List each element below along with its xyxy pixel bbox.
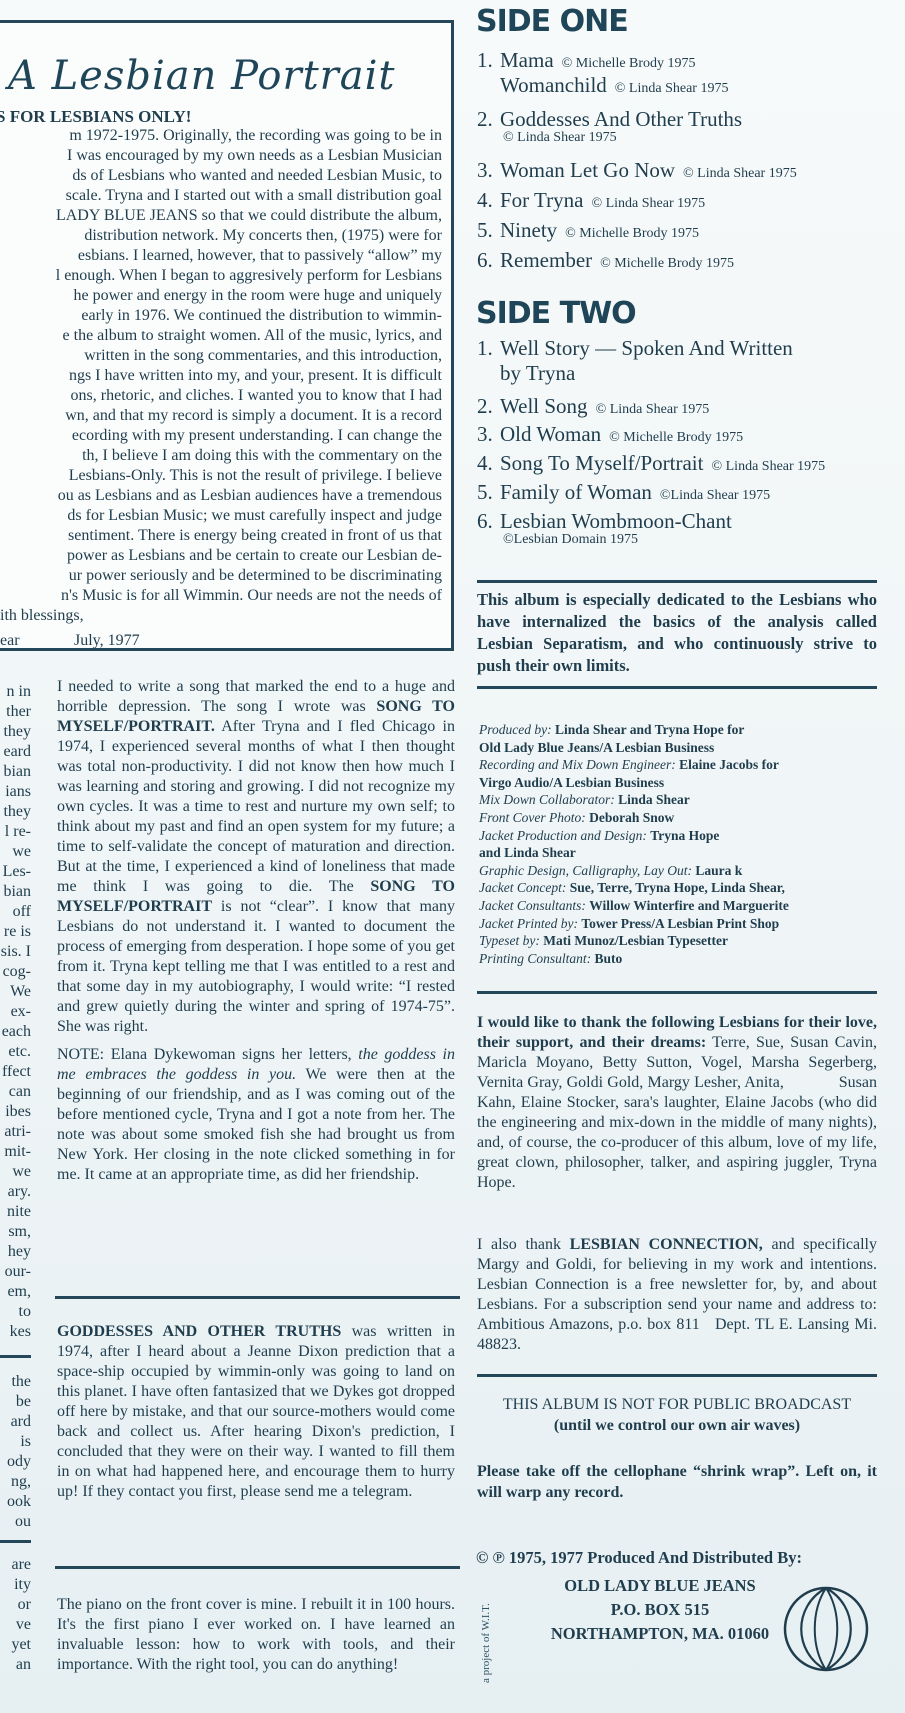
track-item: Womanchild© Linda Shear 1975 (477, 73, 728, 98)
track-title: Womanchild (500, 73, 607, 97)
fragment-text: ook (0, 1492, 31, 1512)
credit-name: Mati Munoz/Lesbian Typesetter (543, 933, 728, 948)
fragment-divider (0, 1540, 31, 1543)
fragment-text: ibes (0, 1102, 31, 1122)
track-title: Well Story — Spoken And Written (500, 336, 793, 360)
intro-line: he power and energy in the room were hug… (0, 286, 442, 306)
fragment-text: ard (0, 1412, 31, 1432)
fragment-text: ex- (0, 1002, 31, 1022)
credit-role: Recording and Mix Down Engineer: (479, 757, 679, 772)
fragment-text: they (0, 722, 31, 742)
intro-line: LADY BLUE JEANS so that we could distrib… (0, 206, 442, 226)
thanks-section: I would like to thank the following Lesb… (477, 1013, 877, 1193)
credit-name: Elaine Jacobs for (679, 757, 779, 772)
fragment-text: they (0, 802, 31, 822)
track-item: 6.Lesbian Wombmoon-Chant©Lesbian Domain … (477, 509, 732, 548)
fragment-text: the (0, 1372, 31, 1392)
section-divider (55, 1566, 460, 1569)
globe-logo-icon (783, 1586, 869, 1672)
fragment-text: hey (0, 1242, 31, 1262)
fragment-text: etc. (0, 1042, 31, 1062)
credit-name: and Linda Shear (479, 845, 576, 860)
intro-date: July, 1977 (74, 628, 140, 653)
credit-name: Old Lady Blue Jeans/A Lesbian Business (479, 740, 714, 755)
credit-name: Tryna Hope (650, 828, 719, 843)
fragment-text: our- (0, 1262, 31, 1282)
track-item: 2.Goddesses And Other Truths© Linda Shea… (477, 107, 742, 146)
credit-role: Jacket Concept: (479, 880, 570, 895)
track-title: Song To Myself/Portrait (500, 451, 703, 475)
track-title: Woman Let Go Now (500, 158, 675, 182)
track-number: 4. (477, 188, 500, 213)
credit-role: Front Cover Photo: (479, 810, 589, 825)
credit-name: Buto (595, 951, 623, 966)
track-credit: ©Linda Shear 1975 (660, 488, 770, 503)
intro-line: ds for Lesbian Music; we must carefully … (0, 506, 442, 526)
copyright-line: © ℗ 1975, 1977 Produced And Distributed … (476, 1548, 802, 1568)
intro-line: I was encouraged by my own needs as a Le… (0, 146, 442, 166)
track-credit: © Linda Shear 1975 (596, 402, 710, 417)
credit-role: Typeset by: (479, 933, 543, 948)
intro-line: wn, and that my record is simply a docum… (0, 406, 442, 426)
album-title: A Lesbian Portrait (8, 53, 396, 99)
fragment-text: re is (0, 922, 31, 942)
credit-name: Tower Press/A Lesbian Print Shop (581, 916, 779, 931)
track-item: 6.Remember© Michelle Brody 1975 (477, 248, 734, 273)
section-divider (477, 686, 877, 689)
credit-row: Printing Consultant: Buto (479, 950, 889, 968)
credit-row: Recording and Mix Down Engineer: Elaine … (479, 756, 889, 774)
fragment-text: ng, (0, 1472, 31, 1492)
track-number: 2. (477, 107, 500, 132)
company-name: OLD LADY BLUE JEANS (530, 1574, 790, 1598)
intro-line: th, I believe I am doing this with the c… (0, 446, 442, 466)
credit-row: Mix Down Collaborator: Linda Shear (479, 791, 889, 809)
text: was written in 1974, after I heard about… (57, 1323, 455, 1500)
credit-row: Produced by: Linda Shear and Tryna Hope … (479, 721, 889, 739)
broadcast-notice: THIS ALBUM IS NOT FOR PUBLIC BROADCAST (… (477, 1394, 877, 1436)
fragment-text: nite (0, 1202, 31, 1222)
credit-role: Printing Consultant: (479, 951, 595, 966)
text: The piano on the front cover is mine. I … (57, 1595, 455, 1675)
track-title: Old Woman (500, 422, 601, 446)
intro-line: written in the song commentaries, and th… (0, 346, 442, 366)
intro-text: m 1972-1975. Originally, the recording w… (0, 126, 442, 606)
fragment-text: ou (0, 1512, 31, 1532)
project-credit: a project of W.I.T. (480, 1603, 492, 1683)
track-title: Goddesses And Other Truths (500, 107, 742, 131)
fragment-text: an (0, 1655, 31, 1675)
track-credit: © Michelle Brody 1975 (600, 256, 734, 271)
credit-row: Jacket Concept: Sue, Terre, Tryna Hope, … (479, 879, 889, 897)
track-credit: © Michelle Brody 1975 (609, 430, 743, 445)
distributor-address: OLD LADY BLUE JEANS P.O. BOX 515 NORTHAM… (530, 1574, 790, 1646)
track-number: 1. (477, 48, 500, 73)
fragment-text: em, (0, 1282, 31, 1302)
fragment-text: bian (0, 882, 31, 902)
fragment-text: ity (0, 1575, 31, 1595)
fragment-text: off (0, 902, 31, 922)
cut-column-fragment-1: n inthertheyeardbianianstheyl re-weLes-b… (0, 682, 31, 1342)
fragment-text: be (0, 1392, 31, 1412)
intro-line: m 1972-1975. Originally, the recording w… (0, 126, 442, 146)
fragment-text: bian (0, 762, 31, 782)
text: and specifically Margy and Goldi, for be… (477, 1236, 877, 1353)
track-item: 1.Well Story — Spoken And Writtenby Tryn… (477, 336, 793, 386)
fragment-text: sm, (0, 1222, 31, 1242)
fragment-text: can (0, 1082, 31, 1102)
fragment-text: cog- (0, 962, 31, 982)
track-credit: © Linda Shear 1975 (711, 459, 825, 474)
track-credit: © Linda Shear 1975 (615, 81, 729, 96)
commentary-song-to-myself: I needed to write a song that marked the… (57, 677, 455, 1185)
credit-row: Jacket Production and Design: Tryna Hope (479, 827, 889, 845)
credit-name: Laura k (695, 863, 742, 878)
credit-name: Deborah Snow (589, 810, 674, 825)
fragment-text: Les- (0, 862, 31, 882)
credit-role: Jacket Consultants: (479, 898, 589, 913)
intro-line: ds of Lesbians who wanted and needed Les… (0, 166, 442, 186)
credit-row: Virgo Audio/A Lesbian Business (479, 774, 889, 792)
org-name: LESBIAN CONNECTION, (570, 1236, 763, 1253)
fragment-text: eard (0, 742, 31, 762)
credit-role: Produced by: (479, 722, 555, 737)
intro-line: ngs I have written into my, and your, pr… (0, 366, 442, 386)
track-title-continued: by Tryna (500, 361, 793, 386)
section-divider (477, 1374, 877, 1377)
track-title: Ninety (500, 218, 557, 242)
credit-role: Jacket Production and Design: (479, 828, 650, 843)
fragment-text: We (0, 982, 31, 1002)
track-title: For Tryna (500, 188, 583, 212)
track-title: Family of Woman (500, 480, 652, 504)
intro-line: scale. Tryna and I started out with a sm… (0, 186, 442, 206)
credit-row: Typeset by: Mati Munoz/Lesbian Typesette… (479, 932, 889, 950)
text: is not “clear”. I know that many Lesbian… (57, 898, 455, 1035)
fragment-text: n in (0, 682, 31, 702)
track-number: 1. (477, 336, 500, 361)
cut-column-fragment-3: areityorveyetan (0, 1555, 31, 1675)
track-title: Well Song (500, 394, 588, 418)
commentary-goddesses: GODDESSES AND OTHER TRUTHS was written i… (57, 1322, 455, 1502)
track-number: 3. (477, 158, 500, 183)
thanks-names: Terre, Sue, Susan Cavin, Maricla Moyano,… (477, 1034, 877, 1191)
track-number: 3. (477, 422, 500, 447)
track-number: 6. (477, 248, 500, 273)
fragment-text: ffect (0, 1062, 31, 1082)
track-item: 3.Woman Let Go Now© Linda Shear 1975 (477, 158, 797, 183)
track-item: 4.For Tryna© Linda Shear 1975 (477, 188, 705, 213)
fragment-text: to (0, 1302, 31, 1322)
commentary-piano: The piano on the front cover is mine. I … (57, 1595, 455, 1675)
track-number: 6. (477, 509, 500, 534)
intro-line: power as Lesbians and be certain to crea… (0, 546, 442, 566)
fragment-divider (0, 1355, 31, 1358)
fragment-text: we (0, 842, 31, 862)
credit-name: Sue, Terre, Tryna Hope, Linda Shear, (570, 880, 785, 895)
track-credit: © Linda Shear 1975 (683, 166, 797, 181)
credit-row: Jacket Consultants: Willow Winterfire an… (479, 897, 889, 915)
intro-line: ecording with my present understanding. … (0, 426, 442, 446)
city-line: NORTHAMPTON, MA. 01060 (530, 1622, 790, 1646)
signoff: ith blessings, (0, 603, 84, 628)
credit-name: Linda Shear and Tryna Hope for (555, 722, 744, 737)
intro-line: Lesbians-Only. This is not the result of… (0, 466, 442, 486)
credit-row: and Linda Shear (479, 844, 889, 862)
credit-row: Graphic Design, Calligraphy, Lay Out: La… (479, 862, 889, 880)
fragment-text: is (0, 1432, 31, 1452)
fragment-text: sis. I (0, 942, 31, 962)
credit-role: Mix Down Collaborator: (479, 792, 618, 807)
text: NOTE: Elana Dykewoman signs her letters, (57, 1046, 358, 1063)
track-item: 2.Well Song© Linda Shear 1975 (477, 394, 709, 419)
fragment-text: ary. (0, 1182, 31, 1202)
fragment-text: yet (0, 1635, 31, 1655)
fragment-text: ther (0, 702, 31, 722)
section-divider (477, 991, 877, 994)
signer: ear (0, 628, 84, 653)
fragment-text: atri- (0, 1122, 31, 1142)
dedication: This album is especially dedicated to th… (477, 589, 877, 677)
track-item: 5.Ninety© Michelle Brody 1975 (477, 218, 699, 243)
intro-line: esbians. I learned, however, that to pas… (0, 246, 442, 266)
lesbian-connection-note: I also thank LESBIAN CONNECTION, and spe… (477, 1235, 877, 1355)
track-title: Mama (500, 48, 554, 72)
intro-line: distribution network. My concerts then, … (0, 226, 442, 246)
track-credit: © Michelle Brody 1975 (562, 56, 696, 71)
fragment-text: are (0, 1555, 31, 1575)
fragment-text: we (0, 1162, 31, 1182)
track-credit: ©Lesbian Domain 1975 (503, 532, 732, 548)
intro-line: l enough. When I began to aggresively pe… (0, 266, 442, 286)
track-number: 4. (477, 451, 500, 476)
fragment-text: mit- (0, 1142, 31, 1162)
fragment-text: ians (0, 782, 31, 802)
po-box: P.O. BOX 515 (530, 1598, 790, 1622)
intro-signature: ith blessings, ear July, 1977 (0, 603, 84, 653)
track-item: 1.Mama© Michelle Brody 1975 (477, 48, 696, 73)
track-title: Remember (500, 248, 592, 272)
credit-name: Virgo Audio/A Lesbian Business (479, 775, 664, 790)
notice-line: THIS ALBUM IS NOT FOR PUBLIC BROADCAST (477, 1394, 877, 1415)
intro-heading: S FOR LESBIANS ONLY! (0, 107, 191, 127)
track-number: 2. (477, 394, 500, 419)
track-item: 3.Old Woman© Michelle Brody 1975 (477, 422, 743, 447)
intro-line: sentiment. There is energy being created… (0, 526, 442, 546)
intro-line: ons, rhetoric, and cliches. I wanted you… (0, 386, 442, 406)
credit-row: Front Cover Photo: Deborah Snow (479, 809, 889, 827)
credits-list: Produced by: Linda Shear and Tryna Hope … (479, 721, 889, 967)
intro-line: ou as Lesbians and as Lesbian audiences … (0, 486, 442, 506)
track-credit: © Michelle Brody 1975 (565, 226, 699, 241)
fragment-text: or (0, 1595, 31, 1615)
section-divider (55, 1296, 460, 1299)
fragment-text: kes (0, 1322, 31, 1342)
fragment-text: l re- (0, 822, 31, 842)
track-number: 5. (477, 480, 500, 505)
track-item: 4.Song To Myself/Portrait© Linda Shear 1… (477, 451, 825, 476)
text: I also thank (477, 1236, 570, 1253)
intro-line: e the album to straight women. All of th… (0, 326, 442, 346)
track-item: 5.Family of Woman©Linda Shear 1975 (477, 480, 770, 505)
side-one-title: SIDE ONE (476, 4, 628, 39)
credit-row: Jacket Printed by: Tower Press/A Lesbian… (479, 915, 889, 933)
track-credit: © Linda Shear 1975 (503, 130, 742, 146)
song-title: GODDESSES AND OTHER TRUTHS (57, 1323, 341, 1340)
fragment-text: each (0, 1022, 31, 1042)
fragment-text: ody (0, 1452, 31, 1472)
text: After Tryna and I fled Chicago in 1974, … (57, 718, 455, 895)
credit-role: Jacket Printed by: (479, 916, 581, 931)
cut-column-fragment-2: thebeardisodyng,ookou (0, 1372, 31, 1532)
intro-line: early in 1976. We continued the distribu… (0, 306, 442, 326)
intro-line: ur power seriously and be determined to … (0, 566, 442, 586)
credit-name: Willow Winterfire and Marguerite (589, 898, 789, 913)
credit-row: Old Lady Blue Jeans/A Lesbian Business (479, 739, 889, 757)
intro-box: A Lesbian Portrait S FOR LESBIANS ONLY! … (0, 20, 454, 651)
shrink-wrap-notice: Please take off the cellophane “shrink w… (477, 1461, 877, 1503)
track-credit: © Linda Shear 1975 (591, 196, 705, 211)
section-divider (477, 580, 877, 583)
fragment-text: ve (0, 1615, 31, 1635)
side-two-title: SIDE TWO (476, 296, 636, 331)
credit-role: Graphic Design, Calligraphy, Lay Out: (479, 863, 695, 878)
track-number: 5. (477, 218, 500, 243)
text: We were then at the beginning of our fri… (57, 1066, 455, 1183)
notice-subline: (until we control our own air waves) (477, 1415, 877, 1436)
track-title: Lesbian Wombmoon-Chant (500, 509, 732, 533)
credit-name: Linda Shear (618, 792, 690, 807)
